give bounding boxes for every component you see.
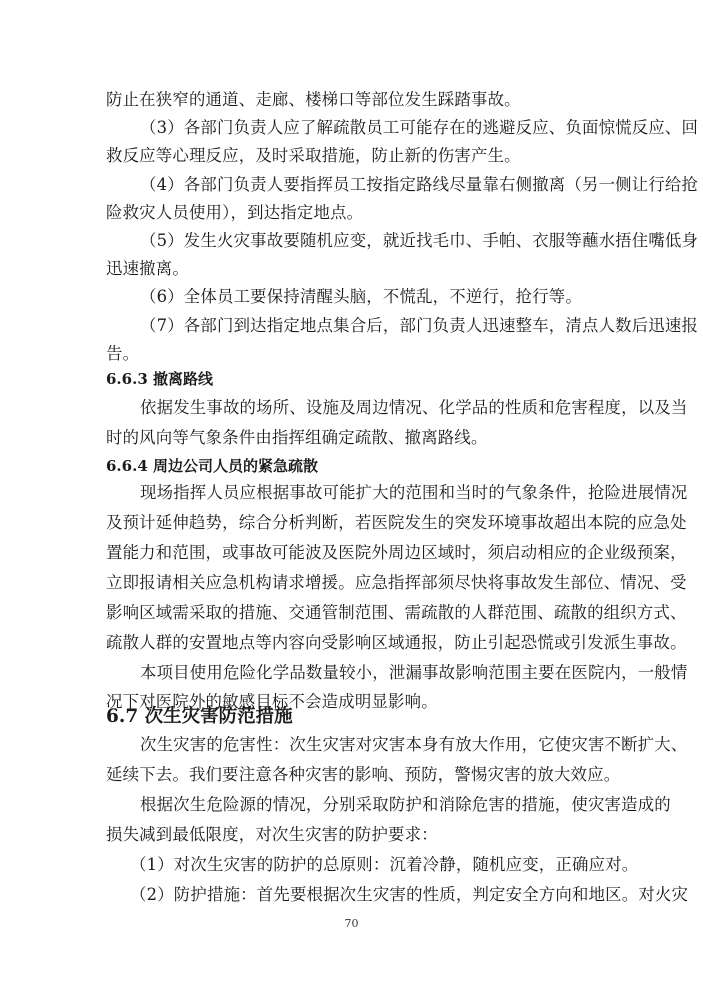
section-heading-67: 6.7 次生灾害防范措施 [106,705,293,729]
paragraph-line: 告。 [106,344,598,364]
paragraph-line: 延续下去。我们要注意各种灾害的影响、预防，警惕灾害的放大效应。 [106,765,598,785]
paragraph-line: 防止在狭窄的通道、走廊、楼梯口等部位发生踩踏事故。 [106,90,598,110]
section-heading-663: 6.6.3 撤离路线 [106,369,213,389]
paragraph-line: 次生灾害的危害性：次生灾害对灾害本身有放大作用，它使灾害不断扩大、 [140,735,598,755]
paragraph-line: （6）全体员工要保持清醒头脑，不慌乱，不逆行，抢行等。 [140,287,598,307]
paragraph-line: （5）发生火灾事故要随机应变，就近找毛巾、手帕、衣服等蘸水捂住嘴低身 [140,231,598,251]
document-page: 防止在狭窄的通道、走廊、楼梯口等部位发生踩踏事故。（3）各部门负责人应了解疏散员… [0,0,703,994]
paragraph-line: 疏散人群的安置地点等内容向受影响区域通报，防止引起恐慌或引发派生事故。 [106,633,598,653]
page-number: 70 [0,917,703,930]
paragraph-line: 现场指挥人员应根据事故可能扩大的范围和当时的气象条件，抢险进展情况 [140,483,598,503]
paragraph-line: 及预计延伸趋势，综合分析判断，若医院发生的突发环境事故超出本院的应急处 [106,513,598,533]
paragraph-line: （7）各部门到达指定地点集合后，部门负责人迅速整车，清点人数后迅速报 [140,316,598,336]
paragraph-line: （2）防护措施：首先要根据次生灾害的性质，判定安全方向和地区。对火灾 [130,885,598,905]
paragraph-line: 本项目使用危险化学品数量较小，泄漏事故影响范围主要在医院内，一般情 [140,663,598,683]
paragraph-line: 迅速撤离。 [106,259,598,279]
paragraph-line: 依据发生事故的场所、设施及周边情况、化学品的性质和危害程度，以及当 [140,398,598,418]
paragraph-line: 影响区域需采取的措施、交通管制范围、需疏散的人群范围、疏散的组织方式、 [106,603,598,623]
paragraph-line: 险救灾人员使用），到达指定地点。 [106,203,598,223]
paragraph-line: 时的风向等气象条件由指挥组确定疏散、撤离路线。 [106,428,598,448]
paragraph-line: （4）各部门负责人要指挥员工按指定路线尽量靠右侧撤离（另一侧让行给抢 [140,175,598,195]
paragraph-line: 损失减到最低限度，对次生灾害的防护要求： [106,825,598,845]
section-heading-664: 6.6.4 周边公司人员的紧急疏散 [106,456,318,476]
paragraph-line: 置能力和范围，或事故可能波及医院外周边区域时，须启动相应的企业级预案， [106,543,598,563]
paragraph-line: （3）各部门负责人应了解疏散员工可能存在的逃避反应、负面惊慌反应、回 [140,118,598,138]
paragraph-line: （1）对次生灾害的防护的总原则：沉着冷静，随机应变，正确应对。 [130,855,598,875]
paragraph-line: 根据次生危险源的情况，分别采取防护和消除危害的措施，使灾害造成的 [140,795,598,815]
paragraph-line: 立即报请相关应急机构请求增援。应急指挥部须尽快将事故发生部位、情况、受 [106,573,598,593]
paragraph-line: 救反应等心理反应，及时采取措施，防止新的伤害产生。 [106,146,598,166]
